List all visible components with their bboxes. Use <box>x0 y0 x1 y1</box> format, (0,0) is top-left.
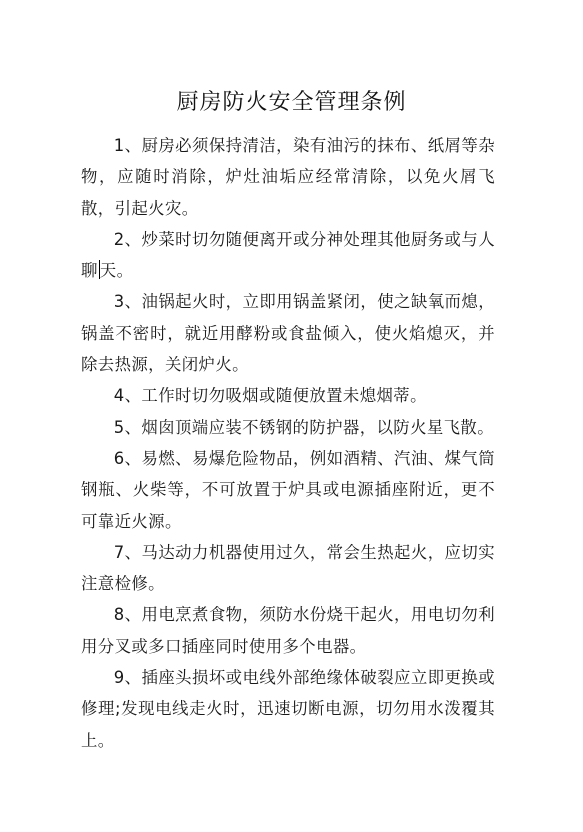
paragraph-5: 5、烟囱顶端应装不锈钢的防护器，以防火星飞散。 <box>81 412 495 443</box>
paragraph-2: 2、炒菜时切勿随便离开或分神处理其他厨务或与人聊天。 <box>81 224 495 287</box>
document-page: 厨房防火安全管理条例 1、厨房必须保持清洁，染有油污的抹布、纸屑等杂物，应随时消… <box>0 0 583 832</box>
paragraph-2-before-caret: 2、炒菜时切勿随便离开或分神处理其他厨务或与人聊 <box>81 230 495 280</box>
paragraph-1: 1、厨房必须保持清洁，染有油污的抹布、纸屑等杂物，应随时消除，炉灶油垢应经常清除… <box>81 130 495 224</box>
paragraph-9: 9、插座头损坏或电线外部绝缘体破裂应立即更换或修理;发现电线走火时，迅速切断电源… <box>81 662 495 756</box>
document-body[interactable]: 1、厨房必须保持清洁，染有油污的抹布、纸屑等杂物，应随时消除，炉灶油垢应经常清除… <box>81 130 495 756</box>
paragraph-7: 7、马达动力机器使用过久，常会生热起火，应切实注意检修。 <box>81 537 495 600</box>
paragraph-6: 6、易燃、易爆危险物品，例如酒精、汽油、煤气筒钢瓶、火柴等，不可放置于炉具或电源… <box>81 443 495 537</box>
paragraph-4: 4、工作时切勿吸烟或随便放置未熄烟蒂。 <box>81 380 495 411</box>
document-title: 厨房防火安全管理条例 <box>0 88 583 118</box>
paragraph-3: 3、油锅起火时，立即用锅盖紧闭，使之缺氧而熄，锅盖不密时，就近用酵粉或食盐倾入，… <box>81 286 495 380</box>
paragraph-2-after-caret: 天。 <box>100 261 134 280</box>
paragraph-8: 8、用电烹煮食物，须防水份烧干起火，用电切勿利用分叉或多口插座同时使用多个电器。 <box>81 599 495 662</box>
